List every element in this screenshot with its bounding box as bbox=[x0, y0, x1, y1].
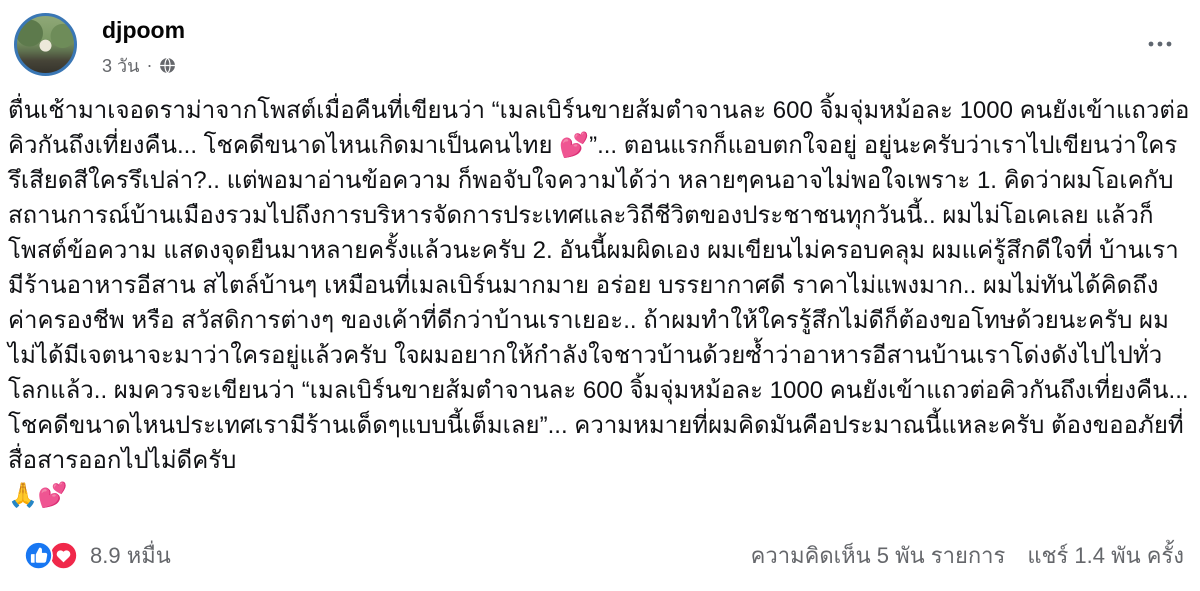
facebook-post-card: djpoom 3 วัน · ตื่นเช้ามาเจอดราม่าจากโพ bbox=[0, 0, 1200, 591]
footer-counts: ความคิดเห็น 5 พัน รายการ แชร์ 1.4 พัน คร… bbox=[751, 538, 1184, 573]
reactions-group[interactable]: 8.9 หมื่น bbox=[24, 538, 171, 573]
more-options-button[interactable] bbox=[1138, 35, 1182, 53]
author-name[interactable]: djpoom bbox=[102, 17, 185, 45]
reaction-count[interactable]: 8.9 หมื่น bbox=[90, 538, 171, 573]
avatar[interactable] bbox=[14, 13, 77, 76]
post-meta: 3 วัน · bbox=[102, 51, 185, 80]
timestamp[interactable]: 3 วัน bbox=[102, 51, 139, 80]
ellipsis-icon bbox=[1146, 39, 1174, 49]
love-icon[interactable] bbox=[49, 541, 78, 570]
globe-icon bbox=[159, 57, 176, 74]
comments-count[interactable]: ความคิดเห็น 5 พัน รายการ bbox=[751, 538, 1006, 573]
post-footer: 8.9 หมื่น ความคิดเห็น 5 พัน รายการ แชร์ … bbox=[0, 528, 1200, 591]
header-text: djpoom 3 วัน · bbox=[102, 13, 185, 80]
post-header: djpoom 3 วัน · bbox=[0, 0, 1200, 86]
shares-count[interactable]: แชร์ 1.4 พัน ครั้ง bbox=[1027, 538, 1184, 573]
meta-separator: · bbox=[146, 55, 152, 76]
like-icon[interactable] bbox=[24, 541, 53, 570]
post-body-text: ตื่นเช้ามาเจอดราม่าจากโพสต์เมื่อคืนที่เข… bbox=[0, 86, 1200, 528]
